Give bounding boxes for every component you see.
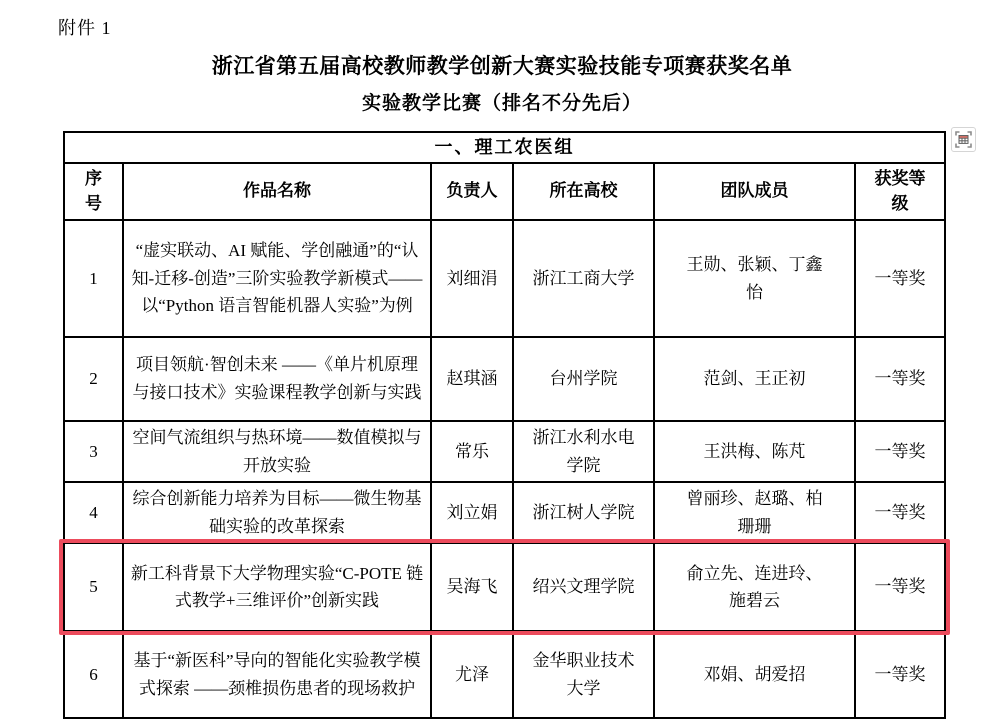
cell-university: 绍兴文理学院 — [513, 543, 654, 631]
table-row-highlighted: 5 新工科背景下大学物理实验“C-POTE 链式教学+三维评价”创新实践 吴海飞… — [64, 543, 945, 631]
col-header-leader: 负责人 — [431, 163, 513, 220]
cell-no: 3 — [64, 421, 123, 482]
col-header-work: 作品名称 — [123, 163, 431, 220]
table-header-row: 序号 作品名称 负责人 所在高校 团队成员 获奖等级 — [64, 163, 945, 220]
cell-team: 俞立先、连进玲、施碧云 — [654, 543, 855, 631]
cell-team: 范剑、王正初 — [654, 337, 855, 421]
cell-team: 邓娟、胡爱招 — [654, 631, 855, 718]
cell-university: 浙江工商大学 — [513, 220, 654, 337]
page-subtitle: 实验教学比赛（排名不分先后） — [0, 88, 1004, 115]
cell-university: 浙江水利水电学院 — [513, 421, 654, 482]
cell-work: 新工科背景下大学物理实验“C-POTE 链式教学+三维评价”创新实践 — [123, 543, 431, 631]
cell-team: 王勋、张颖、丁鑫怡 — [654, 220, 855, 337]
col-header-award: 获奖等级 — [855, 163, 945, 220]
cell-university: 浙江树人学院 — [513, 482, 654, 543]
table-row: 2 项目领航·智创未来 ——《单片机原理与接口技术》实验课程教学创新与实践 赵琪… — [64, 337, 945, 421]
cell-work: 项目领航·智创未来 ——《单片机原理与接口技术》实验课程教学创新与实践 — [123, 337, 431, 421]
cell-work: 综合创新能力培养为目标——微生物基础实验的改革探索 — [123, 482, 431, 543]
col-header-university: 所在高校 — [513, 163, 654, 220]
award-table: 一、理工农医组 序号 作品名称 负责人 所在高校 团队成员 获奖等级 1 “虚实… — [63, 131, 946, 719]
cell-work: 空间气流组织与热环境——数值模拟与开放实验 — [123, 421, 431, 482]
col-header-team: 团队成员 — [654, 163, 855, 220]
cell-leader: 刘细涓 — [431, 220, 513, 337]
cell-no: 5 — [64, 543, 123, 631]
cell-leader: 尤泽 — [431, 631, 513, 718]
cell-team: 曾丽珍、赵璐、柏珊珊 — [654, 482, 855, 543]
cell-award: 一等奖 — [855, 631, 945, 718]
cell-no: 4 — [64, 482, 123, 543]
cell-no: 1 — [64, 220, 123, 337]
attachment-label: 附件 1 — [58, 14, 112, 40]
cell-work: 基于“新医科”导向的智能化实验教学模式探索 ——颈椎损伤患者的现场救护 — [123, 631, 431, 718]
cell-leader: 吴海飞 — [431, 543, 513, 631]
cell-university: 金华职业技术大学 — [513, 631, 654, 718]
cell-leader: 赵琪涵 — [431, 337, 513, 421]
table-section-row: 一、理工农医组 — [64, 132, 945, 163]
cell-award: 一等奖 — [855, 337, 945, 421]
table-row: 4 综合创新能力培养为目标——微生物基础实验的改革探索 刘立娟 浙江树人学院 曾… — [64, 482, 945, 543]
cell-leader: 刘立娟 — [431, 482, 513, 543]
table-row: 1 “虚实联动、AI 赋能、学创融通”的“认知-迁移-创造”三阶实验教学新模式—… — [64, 220, 945, 337]
cell-award: 一等奖 — [855, 421, 945, 482]
cell-work: “虚实联动、AI 赋能、学创融通”的“认知-迁移-创造”三阶实验教学新模式——以… — [123, 220, 431, 337]
cell-award: 一等奖 — [855, 543, 945, 631]
cell-no: 6 — [64, 631, 123, 718]
document-page: 附件 1 浙江省第五届高校教师教学创新大赛实验技能专项赛获奖名单 实验教学比赛（… — [0, 0, 1004, 726]
cell-no: 2 — [64, 337, 123, 421]
table-capture-button[interactable] — [951, 127, 976, 152]
cell-university: 台州学院 — [513, 337, 654, 421]
cell-leader: 常乐 — [431, 421, 513, 482]
cell-team: 王洪梅、陈芃 — [654, 421, 855, 482]
table-row: 6 基于“新医科”导向的智能化实验教学模式探索 ——颈椎损伤患者的现场救护 尤泽… — [64, 631, 945, 718]
col-header-no: 序号 — [64, 163, 123, 220]
table-row: 3 空间气流组织与热环境——数值模拟与开放实验 常乐 浙江水利水电学院 王洪梅、… — [64, 421, 945, 482]
section-header: 一、理工农医组 — [64, 132, 945, 163]
cell-award: 一等奖 — [855, 220, 945, 337]
table-capture-icon — [955, 131, 972, 148]
page-title: 浙江省第五届高校教师教学创新大赛实验技能专项赛获奖名单 — [0, 50, 1004, 80]
cell-award: 一等奖 — [855, 482, 945, 543]
